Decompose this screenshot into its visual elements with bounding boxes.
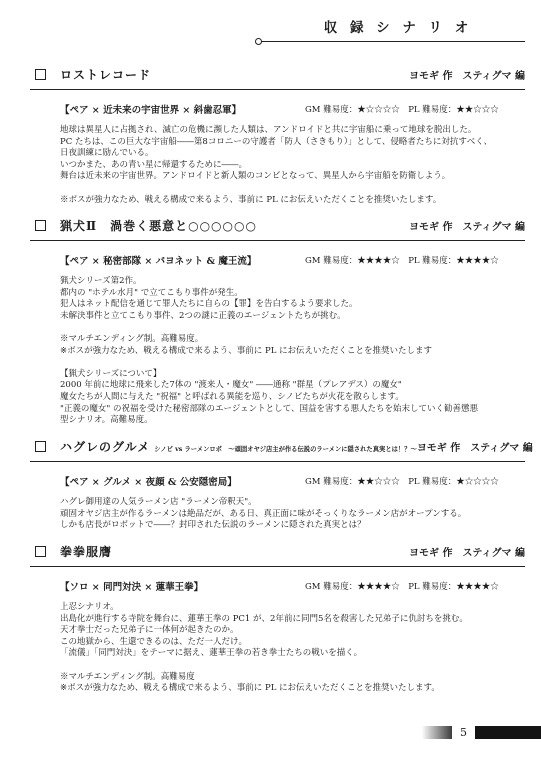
checkbox-icon: [35, 220, 46, 231]
section-subheader: 【ペア × 近未来の宇宙世界 × 斜歯忍軍】 GM 難易度：★☆☆☆☆ PL 難…: [60, 102, 525, 116]
scenario-section-ryoken-2: 猟犬Ⅱ 渦巻く悪意と○○○○○○ ヨモギ 作 スティグマ 編 【ペア × 秘密部…: [30, 217, 525, 427]
section-difficulty: GM 難易度：★☆☆☆☆ PL 難易度：★★☆☆☆: [305, 102, 499, 116]
page-number: 5: [452, 726, 475, 739]
section-header: 猟犬Ⅱ 渦巻く悪意と○○○○○○ ヨモギ 作 スティグマ 編: [30, 217, 525, 241]
scenario-section-kenken-fukuyou: 拳拳服膺 ヨモギ 作 スティグマ 編 【ソロ × 同門対決 × 蓮華王拳】 GM…: [30, 543, 525, 695]
page-number-bar: 5: [422, 726, 541, 739]
section-title: 猟犬Ⅱ 渦巻く悪意と○○○○○○: [60, 217, 257, 234]
scenario-section-lost-record: ロストレコード ヨモギ 作 スティグマ 編 【ペア × 近未来の宇宙世界 × 斜…: [30, 66, 525, 206]
section-credit: ヨモギ 作 スティグマ 編: [417, 439, 533, 454]
page-header: 収 録 シ ナ リ オ: [257, 16, 525, 42]
section-body: 上忍シナリオ。 出島化が進行する寺院を舞台に、蓮華王拳の PC1 が、2年前に同…: [60, 602, 525, 695]
section-difficulty: GM 難易度：★★★★☆ PL 難易度：★★★★☆: [305, 253, 499, 267]
section-difficulty: GM 難易度：★★☆☆☆ PL 難易度：★☆☆☆☆: [305, 474, 499, 488]
checkbox-icon: [35, 441, 46, 452]
checkbox-icon: [35, 546, 46, 557]
section-tagline: 【ペア × 近未来の宇宙世界 × 斜歯忍軍】: [60, 102, 305, 116]
section-title: ハグレのグルメ: [60, 438, 150, 455]
section-title: 拳拳服膺: [60, 543, 112, 560]
section-header: 拳拳服膺 ヨモギ 作 スティグマ 編: [30, 543, 525, 567]
section-difficulty: GM 難易度：★★★★☆ PL 難易度：★★★★☆: [305, 579, 499, 593]
section-subheader: 【ソロ × 同門対決 × 蓮華王拳】 GM 難易度：★★★★☆ PL 難易度：★…: [60, 579, 525, 593]
section-header: ロストレコード ヨモギ 作 スティグマ 編: [30, 66, 525, 90]
section-subheader: 【ペア × 秘密部隊 × バヨネット & 魔王流】 GM 難易度：★★★★☆ P…: [60, 253, 525, 267]
section-subheader: 【ペア × グルメ × 夜顔 & 公安隠密局】 GM 難易度：★★☆☆☆ PL …: [60, 474, 525, 488]
section-credit: ヨモギ 作 スティグマ 編: [409, 544, 525, 559]
section-tagline: 【ペア × 秘密部隊 × バヨネット & 魔王流】: [60, 253, 305, 267]
scenario-section-hagure-gourmet: ハグレのグルメ シノビ vs ラーメンロボ ～頑固オヤジ店主が作る伝説のラーメン…: [30, 438, 525, 532]
header-rule-end-circle: [255, 38, 262, 45]
section-body: ハグレ御用達の人気ラーメン店 "ラーメン帝釈天"。 頑固オヤジ店主が作るラーメン…: [60, 497, 525, 532]
footer-black-bar: [475, 726, 541, 739]
footer-gradient: [422, 726, 452, 739]
page-container: 収 録 シ ナ リ オ ロストレコード ヨモギ 作 スティグマ 編 【ペア × …: [0, 0, 541, 761]
section-body: 猟犬シリーズ第2作。 都内の "ホテル水月" で立てこもり事件が発生。 犯人はネ…: [60, 276, 525, 427]
section-tagline: 【ソロ × 同門対決 × 蓮華王拳】: [60, 579, 305, 593]
header-rule: [257, 41, 525, 42]
section-header: ハグレのグルメ シノビ vs ラーメンロボ ～頑固オヤジ店主が作る伝説のラーメン…: [30, 438, 525, 462]
checkbox-icon: [35, 69, 46, 80]
section-credit: ヨモギ 作 スティグマ 編: [409, 218, 525, 233]
section-tagline: 【ペア × グルメ × 夜顔 & 公安隠密局】: [60, 474, 305, 488]
section-body: 地球は異星人に占拠され、滅亡の危機に瀕した人類は、アンドロイドと共に宇宙船に乗っ…: [60, 125, 525, 206]
page-title: 収 録 シ ナ リ オ: [257, 16, 525, 36]
section-title: ロストレコード: [60, 66, 151, 83]
section-title-note: シノビ vs ラーメンロボ ～頑固オヤジ店主が作る伝説のラーメンに隠された真実と…: [154, 444, 417, 453]
section-credit: ヨモギ 作 スティグマ 編: [409, 67, 525, 82]
